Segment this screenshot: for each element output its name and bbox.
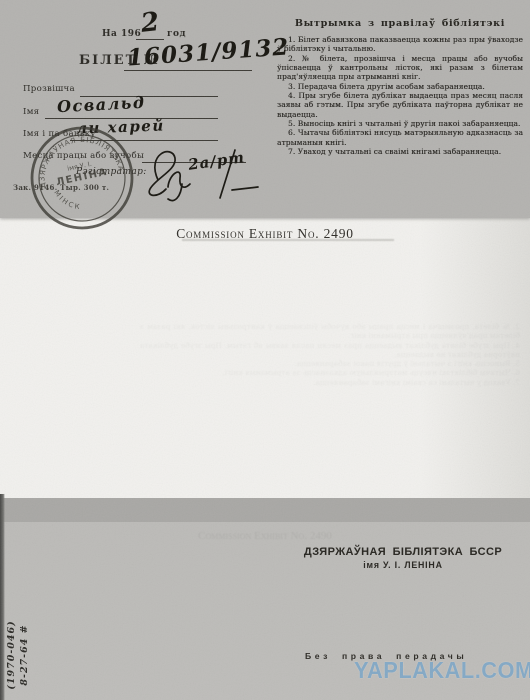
stamp-arc-bottom-text: МІНСК [52,185,84,217]
sheet-edge-shadow [182,239,394,241]
handwritten-margin-note: (1970-046) 8-27-64 # [5,610,41,700]
library-name-block: ДЗЯРЖАЎНАЯ БІБЛІЯТЭКА БССР імя У. І. ЛЕН… [298,546,508,570]
rule-item: 1. Білет абавязкова паказваецца кожны ра… [277,35,523,54]
handwritten-year: 2 [139,7,160,39]
surname-label: Прозвішча [23,84,75,94]
stamp-center-text: ЛЕНІНА [55,167,108,189]
library-rules-panel: Вытрымка з правілаў бібліятэкі 1. Білет … [277,18,523,156]
rule-item: 3. Перадача білета другім асобам забаран… [277,82,523,91]
rule-item: 2. № білета, прозвішча і месца працы або… [277,54,523,82]
ghost-line: 2. № білета, прозвішча і месца працы або… [140,322,520,341]
library-subtitle: імя У. І. ЛЕНІНА [298,560,508,570]
rule-item: 7. Уваход у чытальні са сваімі кнігамі з… [277,147,523,156]
year-line-prefix: На 196 [102,29,141,39]
margin-note-line: (1970-046) [5,610,18,700]
rules-title: Вытрымка з правілаў бібліятэкі [277,18,523,29]
signature-stroke [168,184,182,201]
photostat-dark-band [0,498,530,522]
ghost-line: 5. Выносіць кнігі з чытальні ў другія па… [140,359,520,368]
ticket-number-line [124,70,252,71]
scanned-document-page: На 196 год 2 БІЛЕТ № 16031/9132 Прозвішч… [0,0,530,700]
ghost-line: 7. Уваход у чытальні са сваімі кнігамі з… [140,378,520,387]
signature-stroke [149,152,175,196]
ghost-showthrough-text: 2. № білета, прозвішча і месца працы або… [140,322,520,492]
library-name: ДЗЯРЖАЎНАЯ БІБЛІЯТЭКА БССР [298,546,508,558]
yaplakal-watermark: YAPLAKAL.COM [354,657,530,684]
rule-item: 6. Чытачы бібліятэкі нясуць матэрыяльную… [277,128,523,147]
rule-item: 4. Пры згубе білета дублікат выдаецца пр… [277,91,523,119]
year-line-suffix: год [167,29,186,39]
signature-underline [232,187,258,190]
signature-stroke [168,172,190,187]
rule-item: 5. Выносіць кнігі з чытальні ў другія па… [277,119,523,128]
ghost-line: 6. Чытачы бібліятэкі нясуць матэрыяльную… [140,368,520,377]
year-blank-line [136,39,164,40]
margin-note-line: 8-27-64 # [18,610,31,700]
ghost-caption: Commission Exhibit No. 2490 [120,530,410,542]
firstname-label: Імя [23,107,39,117]
ghost-line: 4. Пры згубе білета дублікат выдаецца пр… [140,341,520,360]
